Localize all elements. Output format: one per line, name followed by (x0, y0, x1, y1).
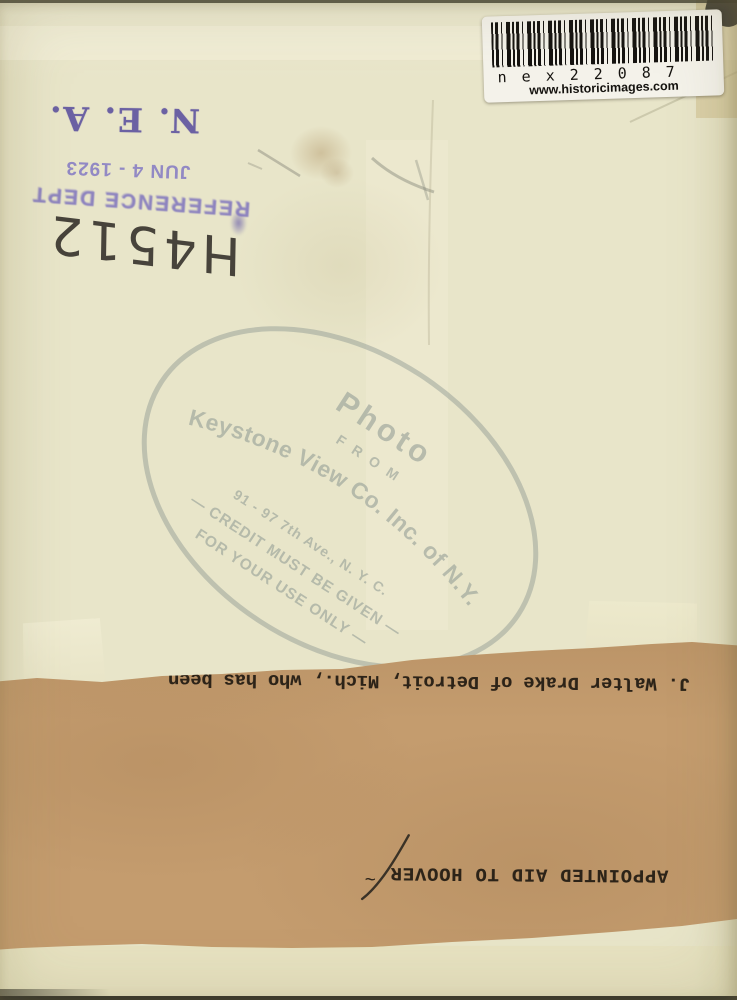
barcode-icon (491, 16, 714, 68)
caption-strip: APPOINTED AID TO HOOVER~ J. Walter Drake… (0, 642, 737, 960)
caption-headline: APPOINTED AID TO HOOVER (390, 862, 669, 885)
inventory-barcode-label: nex22087 www.historicimages.com (482, 9, 725, 102)
photo-verso: N. E. A. JUN 4 - 1923 REFERENCE DEPT H45… (0, 0, 737, 1000)
handwritten-tilde: ~ (364, 864, 376, 890)
tape-piece-left (20, 618, 105, 686)
scan-edge-bottom (0, 996, 737, 1000)
caption-spacer (28, 742, 705, 761)
scan-edge-top (0, 0, 737, 3)
oval-stamp-border (118, 306, 562, 698)
keystone-oval-stamp: Photo FROM Keystone View Co. Inc. of N.Y… (118, 306, 562, 698)
nea-agency-stamp: N. E. A. (44, 99, 205, 141)
caption-headline-line: APPOINTED AID TO HOOVER~ (27, 806, 669, 888)
scan-edge-bottom-left (0, 989, 110, 998)
caption-text-block: APPOINTED AID TO HOOVER~ J. Walter Drake… (0, 639, 737, 964)
